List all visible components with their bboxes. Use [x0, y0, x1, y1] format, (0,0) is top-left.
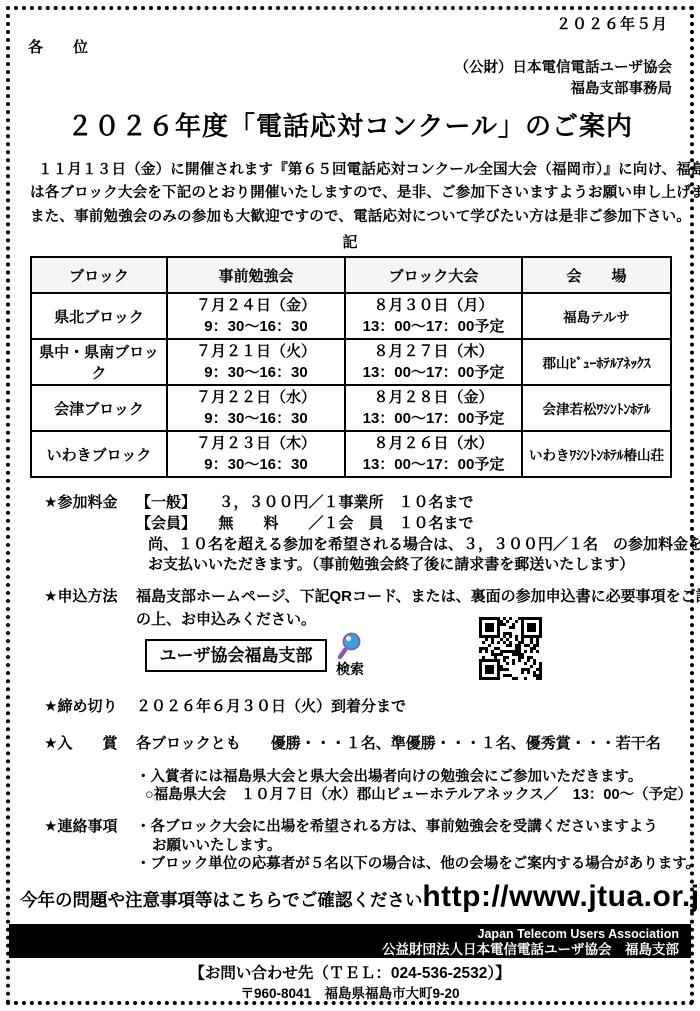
application-section-label: ★申込方法	[44, 585, 117, 606]
website-url: http://www.jtua.or.jp/	[422, 880, 700, 914]
deadline-text: ２０２６年６月３０日（火）到着分まで	[136, 695, 406, 716]
website-check-text: 今年の問題や注意事項等はこちらでご確認ください	[20, 887, 422, 912]
cell-study-session: ７月２４日（金） 9：30～16：30	[167, 293, 345, 339]
cell-block-contest: ８月３０日（月） 13：00～17：00予定	[345, 293, 522, 339]
cell-block: 県中・県南ブロック	[31, 339, 167, 385]
cell-study-session: ７月２３日（木） 9：30～16：30	[167, 431, 345, 477]
contest-date: ８月３０日（月）	[346, 295, 521, 316]
fee-section-label: ★参加料金	[44, 491, 117, 512]
intro-paragraph-line: は各ブロック大会を下記のとおり開催いたしますので、是非、ご参加下さいますようお願…	[30, 181, 700, 202]
cell-study-session: ７月２２日（水） 9：30～16：30	[167, 385, 345, 431]
contest-time: 13：00～17：00予定	[346, 408, 521, 429]
contest-date: ８月２６日（水）	[346, 433, 521, 454]
contact-note-line: ・各ブロック大会に出場を希望される方は、事前勉強会を受講くださいますよう	[136, 815, 658, 836]
col-header-study: 事前勉強会	[167, 257, 345, 293]
flyer-page: ２０２６年５月 各 位 （公財）日本電信電話ユーザ協会 福島支部事務局 ２０２６…	[0, 0, 700, 1011]
schedule-table: ブロック 事前勉強会 ブロック大会 会 場 県北ブロック ７月２４日（金） 9：…	[30, 256, 672, 478]
addressee: 各 位	[28, 36, 88, 57]
table-row: 県北ブロック ７月２４日（金） 9：30～16：30 ８月３０日（月） 13：0…	[31, 293, 671, 339]
contact-address: 〒960-8041 福島県福島市大町9-20	[0, 982, 700, 1002]
contest-time: 13：00～17：00予定	[346, 316, 521, 337]
qr-code	[477, 615, 544, 682]
fee-extra-line: お支払いいただきます。（事前勉強会終了後に請求書を郵送いたします）	[148, 553, 634, 574]
contact-notes-section-label: ★連絡事項	[44, 815, 117, 836]
study-time: 9：30～16：30	[168, 316, 344, 337]
table-row: 会津ブロック ７月２２日（水） 9：30～16：30 ８月２８日（金） 13：0…	[31, 385, 671, 431]
cell-study-session: ７月２１日（火） 9：30～16：30	[167, 339, 345, 385]
cell-block: いわきブロック	[31, 431, 167, 477]
study-date: ７月２１日（火）	[168, 341, 344, 362]
fee-general-line: 【一般】 ３，３００円／１事業所 １０名まで	[136, 491, 474, 512]
contest-time: 13：00～17：00予定	[346, 454, 521, 475]
study-time: 9：30～16：30	[168, 408, 344, 429]
table-row: いわきブロック ７月２３日（木） 9：30～16：30 ８月２６日（水） 13：…	[31, 431, 671, 477]
prize-note-pref-contest: ○福島県大会 １０月７日（水）郡山ビューホテルアネックス／ 13：00～（予定）	[145, 783, 692, 804]
search-word-label: 検索	[336, 659, 364, 679]
contest-date: ８月２８日（金）	[346, 387, 521, 408]
contest-date: ８月２７日（木）	[346, 341, 521, 362]
cell-block: 県北ブロック	[31, 293, 167, 339]
footer-brand-bar: Japan Telecom Users Association 公益財団法人日本…	[9, 924, 691, 958]
col-header-event: ブロック大会	[345, 257, 522, 293]
intro-paragraph-line: また、事前勉強会のみの参加も大歓迎ですので、電話応対について学びたい方は是非ご参…	[30, 205, 691, 226]
footer-brand-jp: 公益財団法人日本電信電話ユーザ協会 福島支部	[9, 942, 679, 958]
page-title: ２０２６年度「電話応対コンクール」のご案内	[0, 106, 700, 143]
col-header-block: ブロック	[31, 257, 167, 293]
website-row: 今年の問題や注意事項等はこちらでご確認ください http://www.jtua.…	[20, 880, 688, 914]
deadline-section-label: ★締め切り	[44, 695, 117, 716]
footer-brand-en: Japan Telecom Users Association	[9, 927, 679, 942]
organization-block: （公財）日本電信電話ユーザ協会 福島支部事務局	[455, 58, 673, 100]
study-date: ７月２４日（金）	[168, 295, 344, 316]
study-date: ７月２３日（木）	[168, 433, 344, 454]
intro-paragraph-line: １１月１３日（金）に開催されます『第６５回電話応対コンクール全国大会（福岡市）』…	[38, 158, 700, 179]
contest-time: 13：00～17：00予定	[346, 362, 521, 383]
cell-block-contest: ８月２８日（金） 13：00～17：00予定	[345, 385, 522, 431]
study-time: 9：30～16：30	[168, 454, 344, 475]
cell-block-contest: ８月２７日（木） 13：00～17：00予定	[345, 339, 522, 385]
cell-venue: いわきﾜｼﾝﾄﾝﾎﾃﾙ椿山荘	[522, 431, 671, 477]
contact-telephone: 【お問い合わせ先（ＴＥＬ：024-536-2532）】	[0, 961, 700, 983]
organization-branch: 福島支部事務局	[455, 79, 673, 100]
fee-extra-line: 尚、１０名を超える参加を希望される場合は、３，３００円／１名 の参加料金を	[148, 533, 700, 554]
prize-text: 各ブロックとも 優勝・・・１名、準優勝・・・１名、優秀賞・・・若干名	[136, 732, 661, 753]
study-time: 9：30～16：30	[168, 362, 344, 383]
fee-member-line: 【会員】 無 料 ／１会 員 １０名まで	[136, 512, 474, 533]
cell-venue: 福島テルサ	[522, 293, 671, 339]
cell-venue: 郡山ﾋﾞｭｰﾎﾃﾙｱﾈｯｸｽ	[522, 339, 671, 385]
table-row: 県中・県南ブロック ７月２１日（火） 9：30～16：30 ８月２７日（木） 1…	[31, 339, 671, 385]
col-header-venue: 会 場	[522, 257, 671, 293]
application-line: の上、お申込みください。	[136, 608, 316, 629]
application-line: 福島支部ホームページ、下記QRコード、または、裏面の参加申込書に必要事項をご記入	[136, 585, 700, 606]
organization-name: （公財）日本電信電話ユーザ協会	[455, 58, 673, 79]
cell-block: 会津ブロック	[31, 385, 167, 431]
search-keyword-box: ユーザ協会福島支部	[145, 639, 327, 672]
table-header-row: ブロック 事前勉強会 ブロック大会 会 場	[31, 257, 671, 293]
issue-date: ２０２６年５月	[556, 13, 668, 34]
contact-note-line: ・ブロック単位の応募者が５名以下の場合は、他の会場をご案内する場合があります。	[136, 852, 700, 873]
prize-section-label: ★入 賞	[44, 732, 117, 753]
study-date: ７月２２日（水）	[168, 387, 344, 408]
record-mark: 記	[0, 231, 700, 252]
cell-venue: 会津若松ﾜｼﾝﾄﾝﾎﾃﾙ	[522, 385, 671, 431]
cell-block-contest: ８月２６日（水） 13：00～17：00予定	[345, 431, 522, 477]
